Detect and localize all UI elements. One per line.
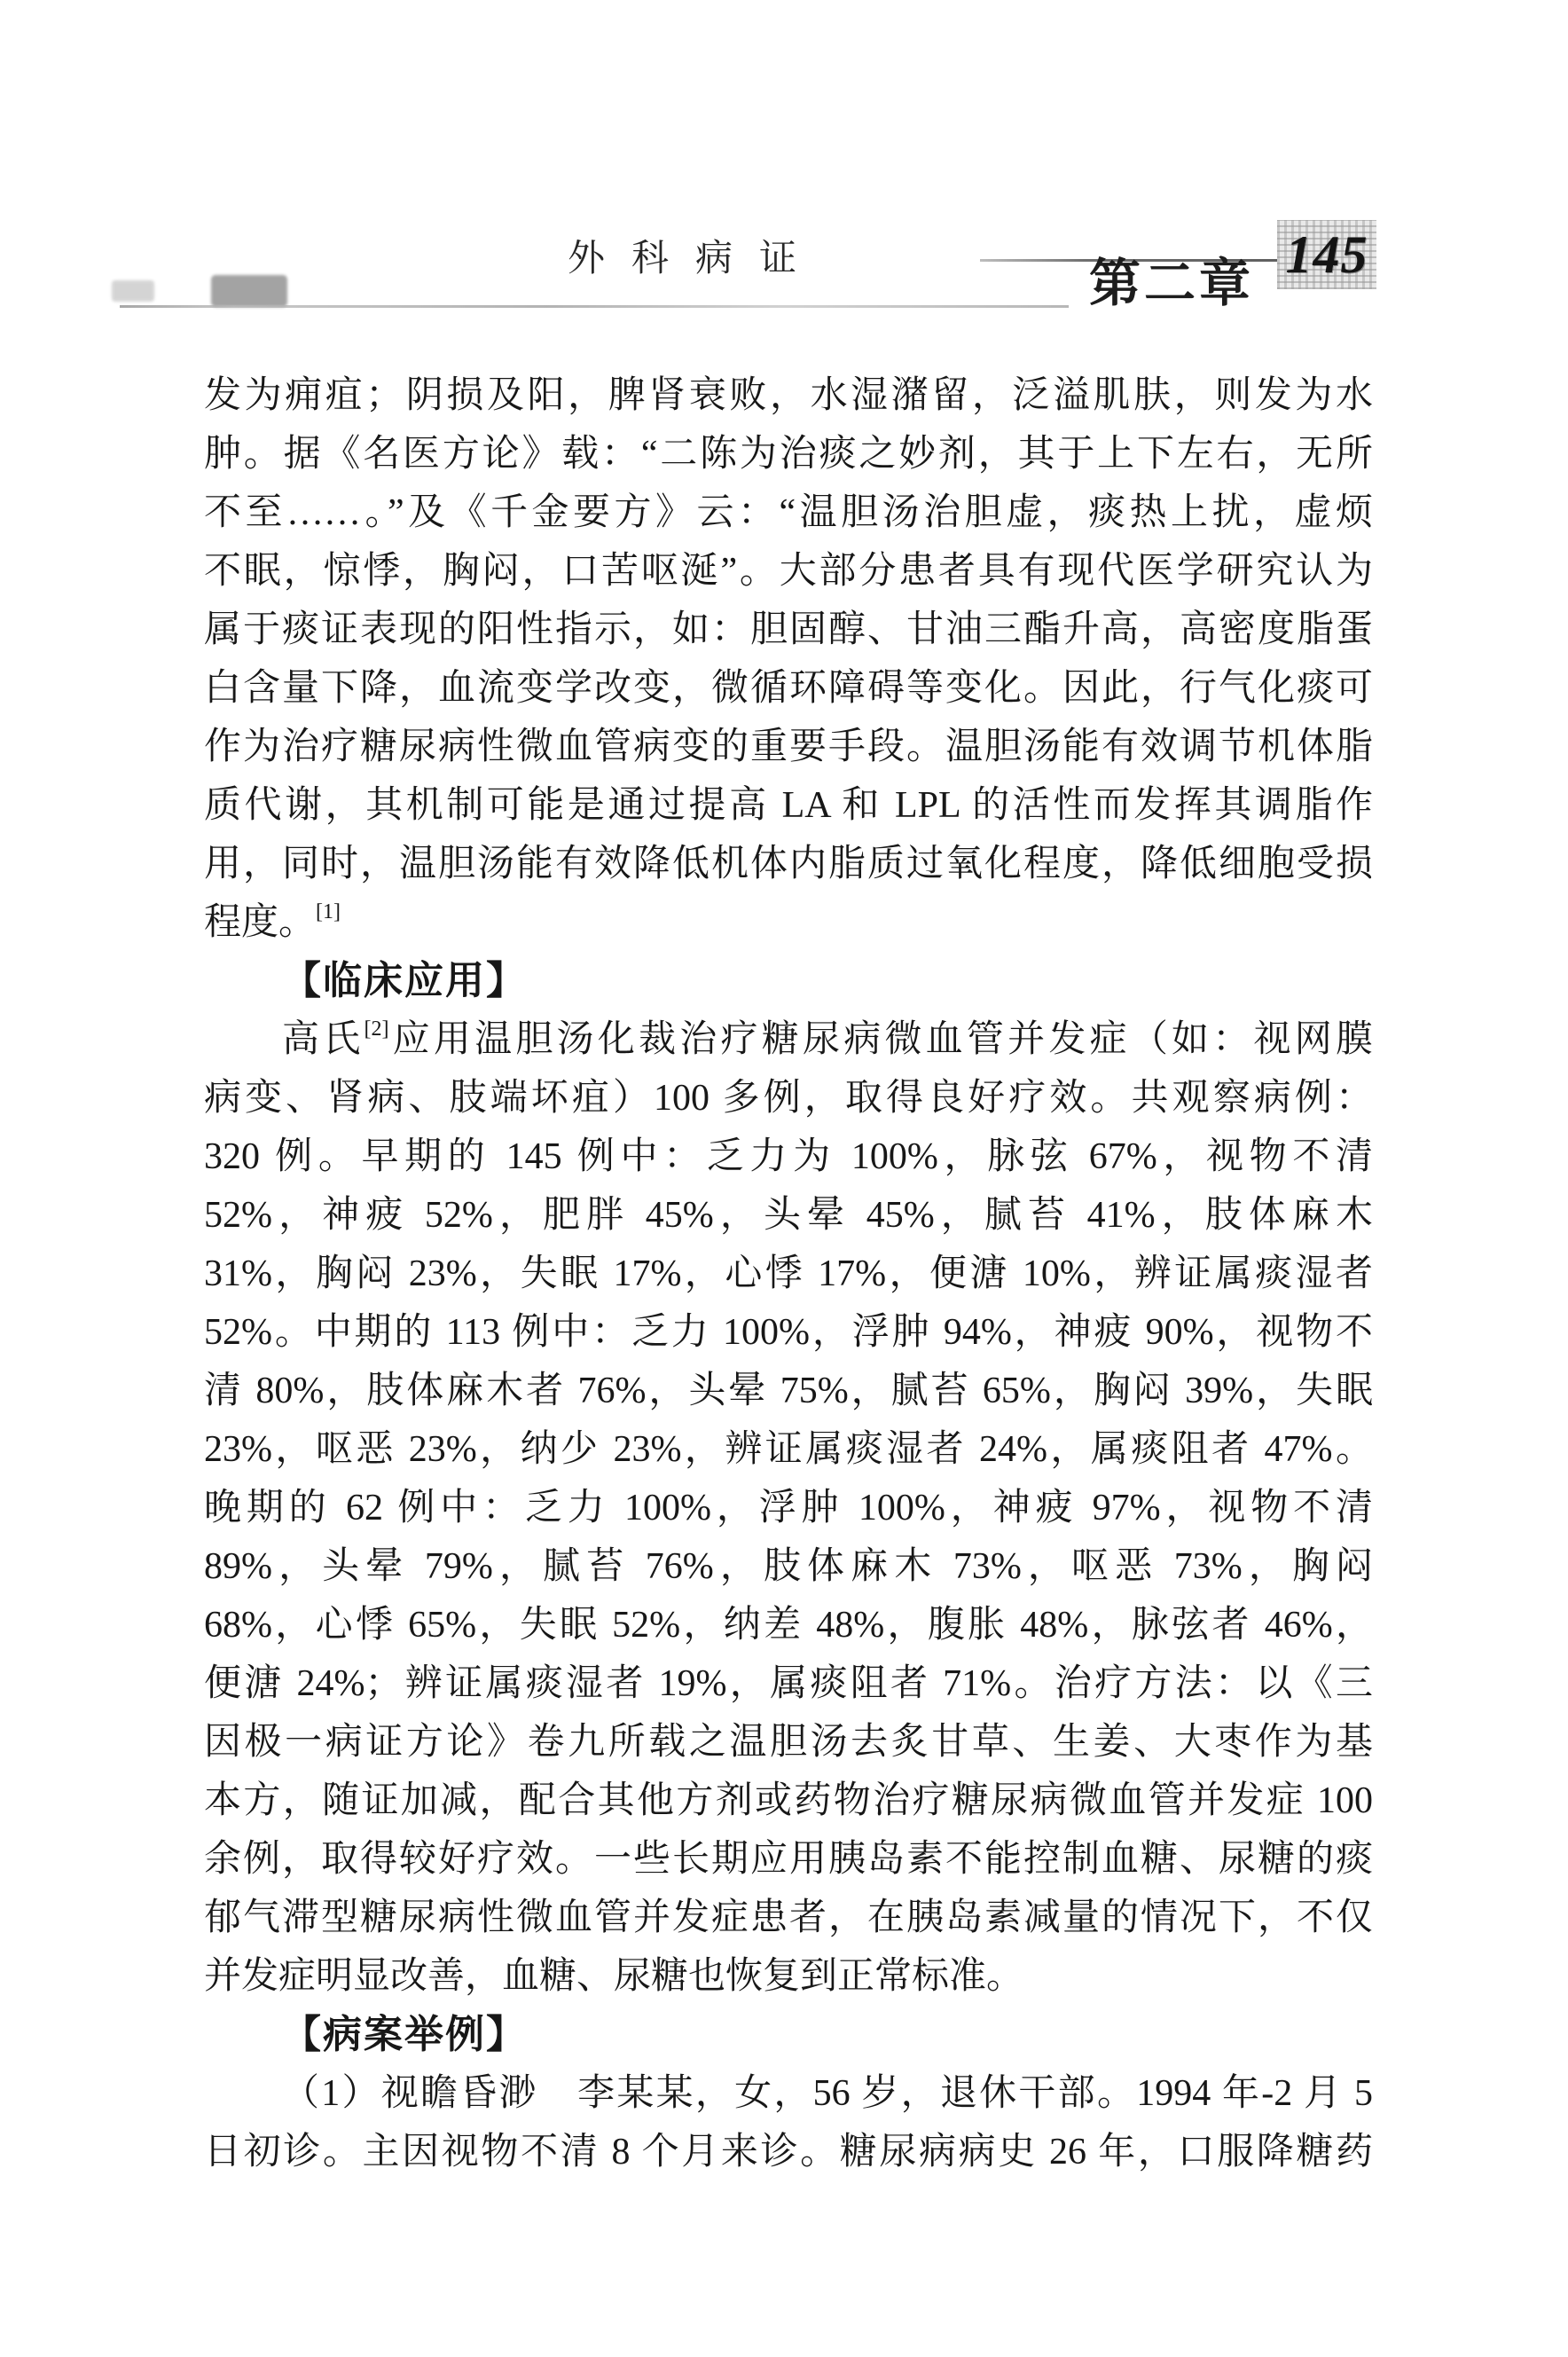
- text-line: 68%，心悸 65%，失眠 52%，纳差 48%，腹胀 48%，脉弦者 46%，: [204, 1596, 1373, 1654]
- text-line: 晚期的 62 例中：乏力 100%，浮肿 100%，神疲 97%，视物不清: [204, 1479, 1373, 1537]
- text-line: 清 80%，肢体麻木者 76%，头晕 75%，腻苔 65%，胸闷 39%，失眠: [204, 1362, 1373, 1420]
- text-line: 白含量下降，血流变学改变，微循环障碍等变化。因此，行气化痰可: [204, 659, 1373, 718]
- page-number-box: 145: [1277, 220, 1376, 289]
- text-line: 发为痈疽；阴损及阳，脾肾衰败，水湿潴留，泛溢肌肤，则发为水: [204, 366, 1373, 425]
- section-heading: 【病案举例】: [204, 2006, 1373, 2064]
- text-line: 日初诊。主因视物不清 8 个月来诊。糖尿病病史 26 年，口服降糖药: [204, 2123, 1373, 2181]
- text-line: 便溏 24%；辨证属痰湿者 19%，属痰阻者 71%。治疗方法：以《三: [204, 1654, 1373, 1713]
- text-line: 23%，呕恶 23%，纳少 23%，辨证属痰湿者 24%，属痰阻者 47%。: [204, 1420, 1373, 1479]
- section-heading: 【临床应用】: [204, 952, 1373, 1010]
- scan-smudge-faint: [112, 280, 154, 302]
- running-header-title: 外科病证: [568, 229, 823, 282]
- book-page: 外科病证 第二章 145 发为痈疽；阴损及阳，脾肾衰败，水湿潴留，泛溢肌肤，则发…: [0, 0, 1568, 2357]
- text-line: 因极一病证方论》卷九所载之温胆汤去炙甘草、生姜、大枣作为基: [204, 1713, 1373, 1772]
- text-line: （1）视瞻昏渺 李某某，女，56 岁，退休干部。1994 年-2 月 5: [204, 2064, 1373, 2123]
- scan-smudge: [211, 275, 287, 307]
- text-line: 320 例。早期的 145 例中：乏力为 100%，脉弦 67%，视物不清: [204, 1127, 1373, 1186]
- text-line: 用，同时，温胆汤能有效降低机体内脂质过氧化程度，降低细胞受损: [204, 835, 1373, 893]
- page-body-text: 发为痈疽；阴损及阳，脾肾衰败，水湿潴留，泛溢肌肤，则发为水肿。据《名医方论》载：…: [204, 366, 1373, 2181]
- text-line: 病变、肾病、肢端坏疽）100 多例，取得良好疗效。共观察病例：: [204, 1069, 1373, 1127]
- text-line: 52%，神疲 52%，肥胖 45%，头晕 45%，腻苔 41%，肢体麻木: [204, 1186, 1373, 1245]
- text-line: 89%，头晕 79%，腻苔 76%，肢体麻木 73%，呕恶 73%，胸闷: [204, 1537, 1373, 1596]
- text-line: 不至……。”及《千金要方》云：“温胆汤治胆虚，痰热上扰，虚烦: [204, 483, 1373, 542]
- text-line: 作为治疗糖尿病性微血管病变的重要手段。温胆汤能有效调节机体脂: [204, 718, 1373, 776]
- text-line: 并发症明显改善，血糖、尿糖也恢复到正常标准。: [204, 1947, 1373, 2006]
- chapter-label: 第二章: [1089, 241, 1254, 316]
- text-line: 高氏[2]应用温胆汤化裁治疗糖尿病微血管并发症（如：视网膜: [204, 1010, 1373, 1069]
- text-line: 不眠，惊悸，胸闷，口苦呕涎”。大部分患者具有现代医学研究认为: [204, 542, 1373, 601]
- text-line: 程度。[1]: [204, 893, 1373, 952]
- text-line: 本方，随证加减，配合其他方剂或药物治疗糖尿病微血管并发症 100: [204, 1772, 1373, 1830]
- page-number: 145: [1286, 224, 1368, 286]
- text-line: 质代谢，其机制可能是通过提高 LA 和 LPL 的活性而发挥其调脂作: [204, 776, 1373, 835]
- header-rule-left: [120, 305, 1069, 308]
- text-line: 31%，胸闷 23%，失眠 17%，心悸 17%，便溏 10%，辨证属痰湿者: [204, 1245, 1373, 1303]
- text-line: 52%。中期的 113 例中：乏力 100%，浮肿 94%，神疲 90%，视物不: [204, 1303, 1373, 1362]
- text-line: 郁气滞型糖尿病性微血管并发症患者，在胰岛素减量的情况下，不仅: [204, 1889, 1373, 1947]
- text-line: 属于痰证表现的阳性指示，如：胆固醇、甘油三酯升高，高密度脂蛋: [204, 601, 1373, 659]
- text-line: 肿。据《名医方论》载：“二陈为治痰之妙剂，其于上下左右，无所: [204, 425, 1373, 483]
- text-line: 余例，取得较好疗效。一些长期应用胰岛素不能控制血糖、尿糖的痰: [204, 1830, 1373, 1889]
